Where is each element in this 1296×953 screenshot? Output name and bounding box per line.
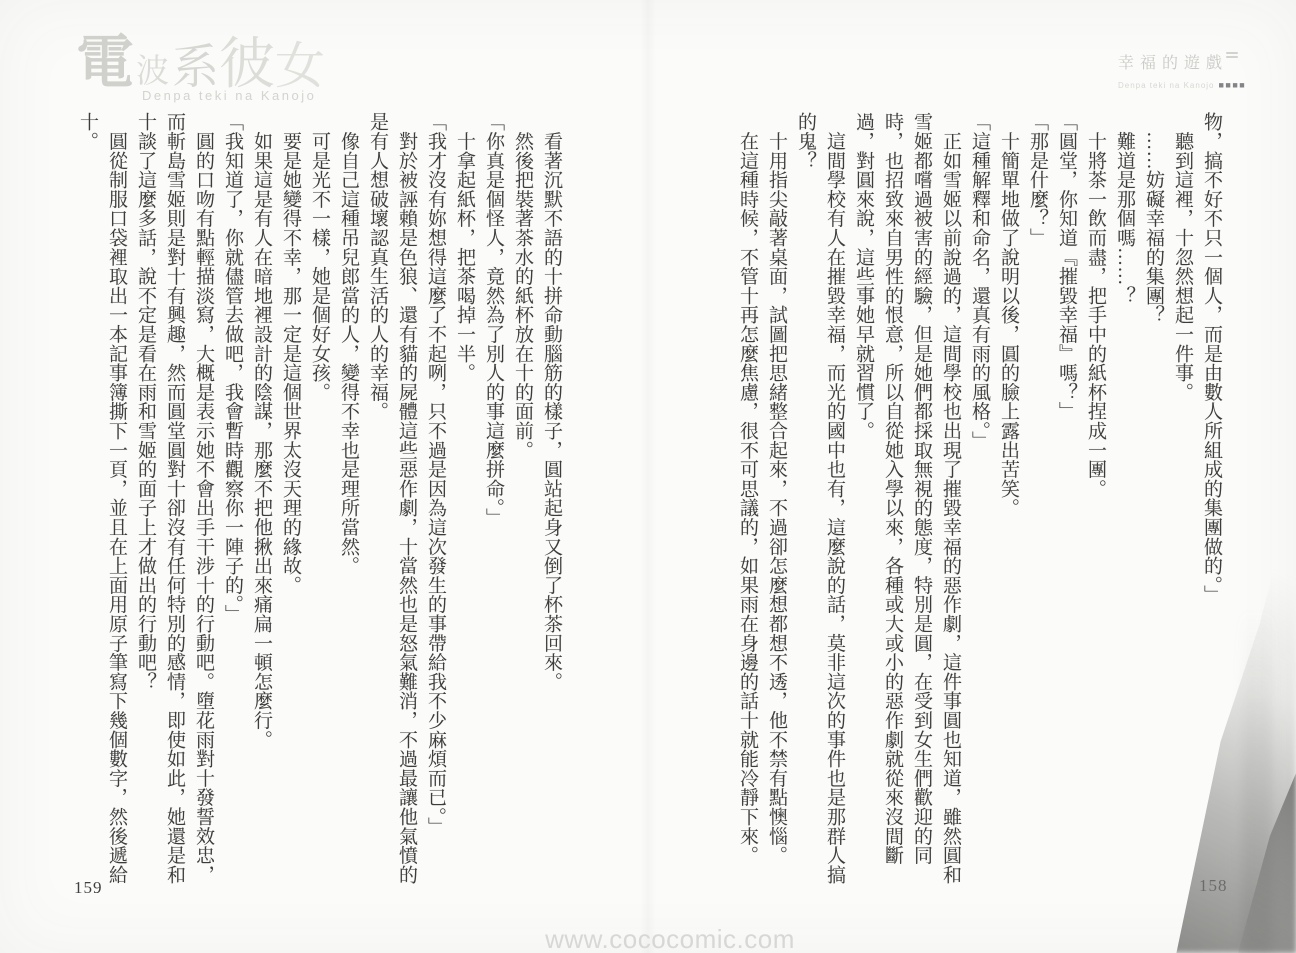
paragraph: 像自己這種吊兒郎當的人，變得不幸也是理所當然。: [334, 112, 363, 886]
paragraph: ……妨礙幸福的集團？: [1139, 112, 1168, 886]
paragraph: 可是光不一樣，她是個好女孩。: [305, 112, 334, 886]
paragraph: 十用指尖敲著桌面，試圖把思緒整合起來，不過卻怎麼想都想不透，他不禁有點懊惱。: [762, 112, 791, 886]
chapter-logo: 幸福的遊戲 Denpa teki na Kanojo■■■■: [1118, 50, 1246, 93]
paragraph: 「這種解釋和命名，還真有雨的風格。」: [965, 112, 994, 886]
page-number-159: 159: [74, 878, 103, 898]
paragraph: 看著沉默不語的十拼命動腦筋的樣子，圓站起身又倒了杯茶回來。: [537, 112, 566, 886]
paragraph: 在這種時候，不管十再怎麼焦慮，很不可思議的，如果雨在身邊的話十就能冷靜下來。: [733, 112, 762, 886]
series-logo-subtitle: Denpa teki na Kanojo: [142, 88, 325, 103]
paragraph: 十將茶一飲而盡，把手中的紙杯捏成一團。: [1081, 112, 1110, 886]
paragraph: 圓的口吻有點輕描淡寫，大概是表示她不會出手干涉十的行動吧。墮花雨對十發誓效忠，而…: [131, 112, 218, 886]
page-159-text: 看著沉默不語的十拼命動腦筋的樣子，圓站起身又倒了杯茶回來。 然後把裝著茶水的紙杯…: [30, 112, 566, 886]
chapter-logo-badge: ■■■■: [1219, 80, 1247, 90]
site-watermark: www.cococomic.com: [545, 924, 795, 953]
paragraph: 十拿起紙杯，把茶喝掉一半。: [450, 112, 479, 886]
chapter-logo-title: 幸福的遊戲: [1118, 55, 1228, 72]
series-logo-title: 電波系彼女: [76, 34, 325, 92]
paragraph: 「你真是個怪人，竟然為了別人的事這麼拼命。」: [479, 112, 508, 886]
paragraph: 「我知道了，你就儘管去做吧，我會暫時觀察你一陣子的。」: [218, 112, 247, 886]
paragraph: 十簡單地做了說明以後，圓的臉上露出苦笑。: [994, 112, 1023, 886]
book-spread-scan: 電波系彼女 Denpa teki na Kanojo 幸福的遊戲 Denpa t…: [0, 0, 1296, 953]
paragraph: 這間學校有人在摧毀幸福，而光的國中也有，這麼說的話，莫非這次的事件也是那群人搞的…: [791, 112, 849, 886]
page-158-text: 物，搞不好不只一個人，而是由數人所組成的集團做的。」 聽到這裡，十忽然想起一件事…: [640, 112, 1226, 886]
paragraph: 難道是那個嗎……？: [1110, 112, 1139, 886]
paragraph: 對於被誣賴是色狼、還有貓的屍體這些惡作劇，十當然也是怒氣難消，不過最讓他氣憤的是…: [363, 112, 421, 886]
chapter-logo-marks-icon: [1226, 50, 1238, 60]
series-logo: 電波系彼女 Denpa teki na Kanojo: [76, 34, 325, 103]
paragraph: 要是她變得不幸，那一定是這個世界太沒天理的緣故。: [276, 112, 305, 886]
paragraph: 圓從制服口袋裡取出一本記事簿撕下一頁，並且在上面用原子筆寫下幾個數字，然後遞給十…: [73, 112, 131, 886]
paragraph: 「我才沒有妳想得這麼了不起咧，只不過是因為這次發生的事帶給我不少麻煩而已。」: [421, 112, 450, 886]
paragraph: 「那是什麼？」: [1023, 112, 1052, 886]
paragraph: 正如雪姬以前說過的，這間學校也出現了摧毀幸福的惡作劇，這件事圓也知道，雖然圓和雪…: [849, 112, 965, 886]
paragraph: 「圓堂，你知道『摧毀幸福』嗎？」: [1052, 112, 1081, 886]
paragraph: 然後把裝著茶水的紙杯放在十的面前。: [508, 112, 537, 886]
chapter-logo-subtitle: Denpa teki na Kanojo: [1118, 81, 1215, 90]
paragraph: 聽到這裡，十忽然想起一件事。: [1168, 112, 1197, 886]
paragraph: 如果這是有人在暗地裡設計的陰謀，那麼不把他揪出來痛扁一頓怎麼行。: [247, 112, 276, 886]
